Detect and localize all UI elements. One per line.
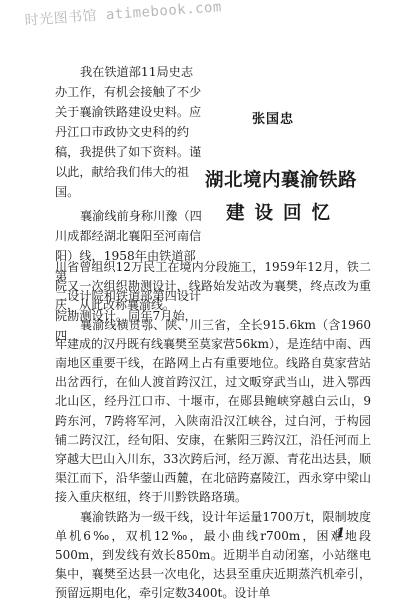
page-number: 1 bbox=[336, 526, 345, 541]
preface-line: 稿，我提供了如下资料。谨 bbox=[55, 142, 205, 162]
author-name: 张国忠 bbox=[252, 108, 294, 127]
preface-line: 以此，献给我们伟大的祖 bbox=[55, 162, 205, 182]
article-subtitle: 建设回忆 bbox=[226, 199, 340, 225]
body-text: 川省曾组织12万民工在境内分段施工，1959年12月，铁二院又一次组织勘测设计，… bbox=[55, 258, 371, 600]
body-paragraph: 襄渝线横贯鄂、陕、川三省，全长915.6km（含1960年建成的汉丹既有线襄樊至… bbox=[55, 316, 371, 508]
body-paragraph: 襄渝铁路为一级干线，设计年运量1700万t，限制坡度单机6‰，双机12‰，最小曲… bbox=[55, 508, 371, 600]
preface-line: 国。 bbox=[55, 182, 205, 202]
preface-line: 关于襄渝铁路建设史料。应 bbox=[55, 102, 205, 122]
watermark: 时光图书馆 atimebook.com bbox=[24, 0, 222, 30]
preface-line: 办工作，有机会接触了不少 bbox=[55, 82, 205, 102]
article-title: 湖北境内襄渝铁路 bbox=[205, 166, 357, 192]
preface-line: 我在铁道部11局史志 bbox=[55, 62, 205, 82]
body-paragraph: 川省曾组织12万民工在境内分段施工，1959年12月，铁二院又一次组织勘测设计，… bbox=[55, 258, 371, 316]
body-line: 川成都经湖北襄阳至河南信 bbox=[55, 226, 205, 246]
body-line: 襄渝线前身称川豫（四 bbox=[55, 206, 205, 226]
preface-line: 丹江口市政协文史科的约 bbox=[55, 122, 205, 142]
